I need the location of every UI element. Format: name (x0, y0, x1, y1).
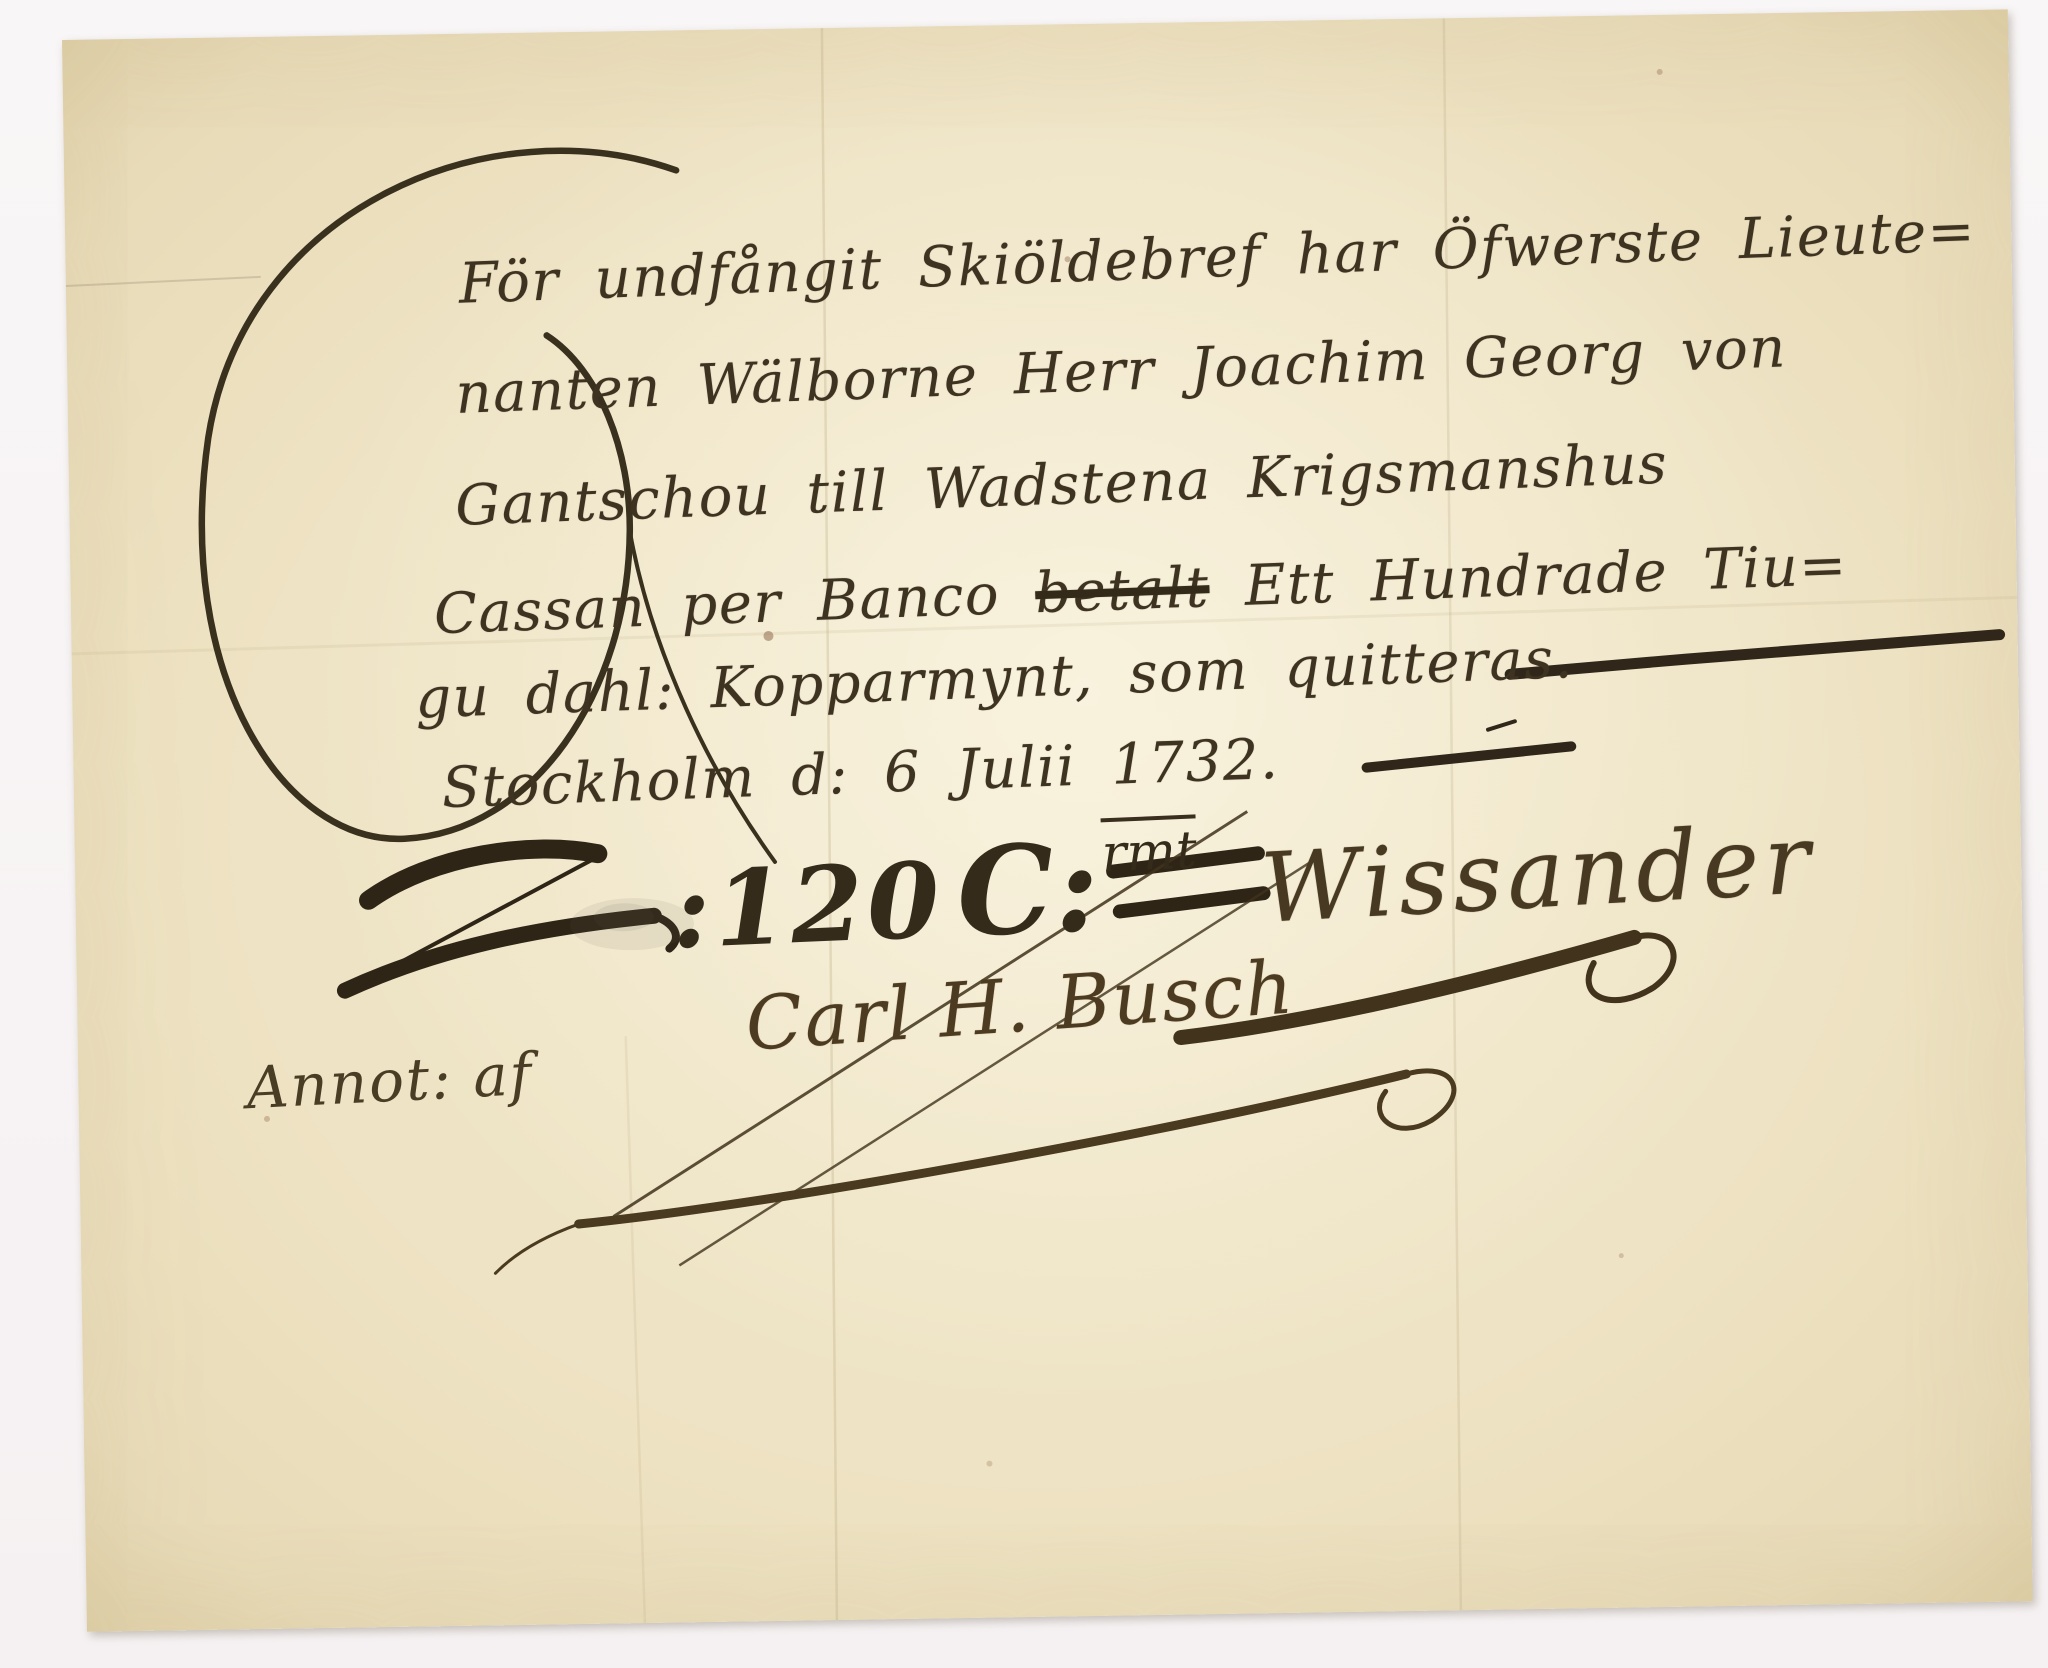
smudge-stain (594, 903, 654, 932)
body-line-6: Stockholm d: 6 Julii 1732. (441, 727, 1281, 821)
busch-flourish-tail (495, 1224, 580, 1273)
amount-flourish-connector (355, 857, 600, 986)
amount-flourish (344, 916, 655, 991)
amount: :120C:rmt (669, 810, 1201, 976)
annotation-label: Annot: af (245, 1040, 535, 1122)
lower-crease (626, 1036, 645, 1623)
body-line-2: nanten Wälborne Herr Joachim Georg von (454, 315, 1787, 426)
currency-mark: C: (954, 815, 1102, 965)
fox-spot (1657, 69, 1663, 75)
body-line-5: gu dahl: Kopparmynt, som quitteras. (414, 626, 1574, 731)
struck-word: betalt (1034, 555, 1210, 626)
body-line-4-post: Ett Hundrade Tiu= (1208, 533, 1848, 620)
body-line-1: För undfångit Skiöldebref har Öfwerste L… (458, 199, 1977, 317)
signature-wissander: Wissander (1257, 774, 1819, 952)
scratch-line (66, 277, 261, 286)
date-dash (1366, 746, 1571, 767)
body-line-3: Gantschou till Wadstena Krigsmanshus (454, 432, 1669, 539)
amount-flourish (368, 848, 599, 900)
paper-sheet: För undfångit Skiöldebref har Öfwerste L… (62, 9, 2033, 1631)
busch-flourish-loop (1379, 1070, 1455, 1128)
closing-dash (1510, 635, 2000, 675)
amount-number: :120 (669, 838, 945, 972)
body-line-4: Cassan per Banco betalt Ett Hundrade Tiu… (433, 533, 1849, 647)
fox-spot (986, 1461, 992, 1467)
signature-flourish-loop (1588, 935, 1674, 1000)
date-dash-tick (1488, 721, 1515, 729)
body-line-4-pre: Cassan per Banco (433, 561, 1036, 647)
currency-suffix: rmt (1100, 814, 1198, 884)
fox-spot (1619, 1253, 1624, 1258)
busch-flourish (577, 1074, 1409, 1224)
signature-name: Wissander (1258, 803, 1818, 945)
